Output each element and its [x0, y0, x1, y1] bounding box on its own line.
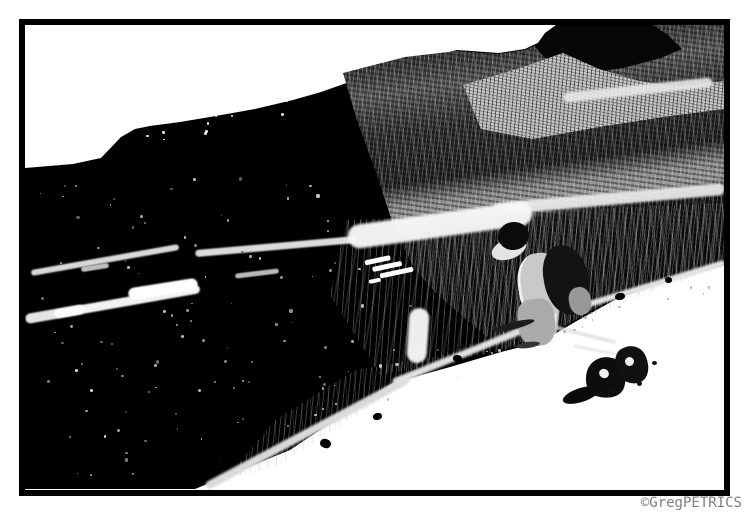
forest-speckle [275, 323, 277, 325]
photo-frame [19, 19, 730, 496]
ridge-speckle [146, 135, 148, 137]
forest-speckle [156, 360, 159, 363]
gear-debris [610, 387, 616, 392]
snow-speckle [573, 329, 575, 331]
ridge-speckle [162, 131, 165, 134]
snow-speckle [582, 326, 584, 328]
forest-speckle [104, 435, 106, 437]
forest-speckle [184, 236, 186, 238]
forest-speckle [241, 251, 243, 253]
snow-speckle [690, 286, 692, 288]
ridge-speckle [43, 161, 46, 164]
forest-speckle [62, 196, 63, 197]
forest-speckle [379, 364, 382, 367]
forest-speckle [409, 305, 411, 307]
ridge-speckle [207, 122, 209, 124]
trail-streak [555, 326, 616, 345]
forest-speckle [237, 422, 238, 423]
snow-speckle [703, 293, 704, 294]
forest-speckle [358, 268, 361, 271]
boot-highlight [625, 357, 634, 366]
structure-stripe [369, 278, 382, 284]
snow-speckle [688, 281, 689, 282]
trail-streak [573, 344, 621, 356]
forest-speckle [181, 335, 184, 338]
snow-speckle [387, 398, 389, 400]
forest-speckle [314, 414, 316, 416]
forest-speckle [81, 363, 83, 365]
forest-speckle [324, 346, 327, 349]
forest-speckle [127, 266, 130, 269]
forest-speckle [110, 204, 111, 205]
forest-speckle [395, 363, 398, 366]
forest-speckle [90, 389, 92, 391]
forest-speckle [316, 194, 319, 197]
forest-speckle [190, 320, 193, 323]
ridge-speckle [281, 113, 284, 116]
forest-speckle [121, 375, 123, 377]
forest-speckle [198, 389, 201, 392]
forest-speckle [113, 198, 114, 199]
forest-speckle [322, 408, 324, 410]
snow-speckle [707, 286, 708, 287]
forest-speckle [194, 244, 197, 247]
forest-speckle [437, 349, 439, 351]
forest-speckle [75, 185, 77, 187]
forest-speckle [327, 230, 329, 232]
trail-streak [406, 307, 430, 363]
gear-debris [637, 381, 642, 386]
forest-speckle [280, 276, 282, 278]
forest-speckle [242, 418, 244, 420]
forest-speckle [233, 387, 234, 388]
snow-speckle [618, 306, 620, 308]
gear-debris [652, 361, 657, 365]
tree-clump [372, 412, 383, 421]
snow-speckle [708, 286, 710, 288]
photograph [25, 25, 724, 490]
snow-speckle [563, 330, 565, 332]
forest-speckle [334, 262, 336, 264]
ridge-speckle [57, 161, 59, 163]
forest-speckle [41, 297, 44, 300]
forest-speckle [125, 411, 127, 413]
snow-speckle [498, 349, 500, 351]
snow-speckle [667, 298, 669, 300]
snow-speckle [592, 319, 593, 320]
snow-speckle [584, 316, 586, 318]
forest-speckle [170, 188, 172, 190]
forest-speckle [259, 257, 262, 260]
forest-speckle [111, 343, 113, 345]
forest-speckle [361, 304, 364, 307]
snow-speckle [457, 377, 458, 378]
forest-speckle [163, 310, 166, 313]
forest-speckle [177, 428, 178, 429]
snow-speckle [493, 343, 494, 344]
forest-speckle [283, 340, 285, 342]
forest-speckle [171, 314, 173, 316]
forest-speckle [140, 215, 143, 218]
tree-clump [319, 437, 332, 449]
forest-speckle [193, 178, 196, 181]
forest-speckle [249, 255, 251, 257]
forest-speckle [335, 403, 337, 405]
forest-speckle [125, 452, 127, 454]
forest-speckle [227, 219, 230, 222]
forest-speckle [144, 222, 146, 224]
forest-speckle [214, 381, 216, 383]
ridge-speckle [285, 99, 288, 102]
forest-speckle [224, 360, 227, 363]
forest-speckle [323, 383, 326, 386]
page: ©GregPETRICS [0, 0, 748, 514]
forest-speckle [327, 220, 329, 222]
forest-speckle [329, 269, 332, 272]
forest-speckle [132, 226, 135, 229]
forest-speckle [351, 340, 354, 343]
snow-speckle [591, 312, 593, 314]
forest-speckle [239, 177, 242, 180]
forest-speckle [289, 309, 292, 312]
copyright-watermark: ©GregPETRICS [641, 495, 742, 511]
